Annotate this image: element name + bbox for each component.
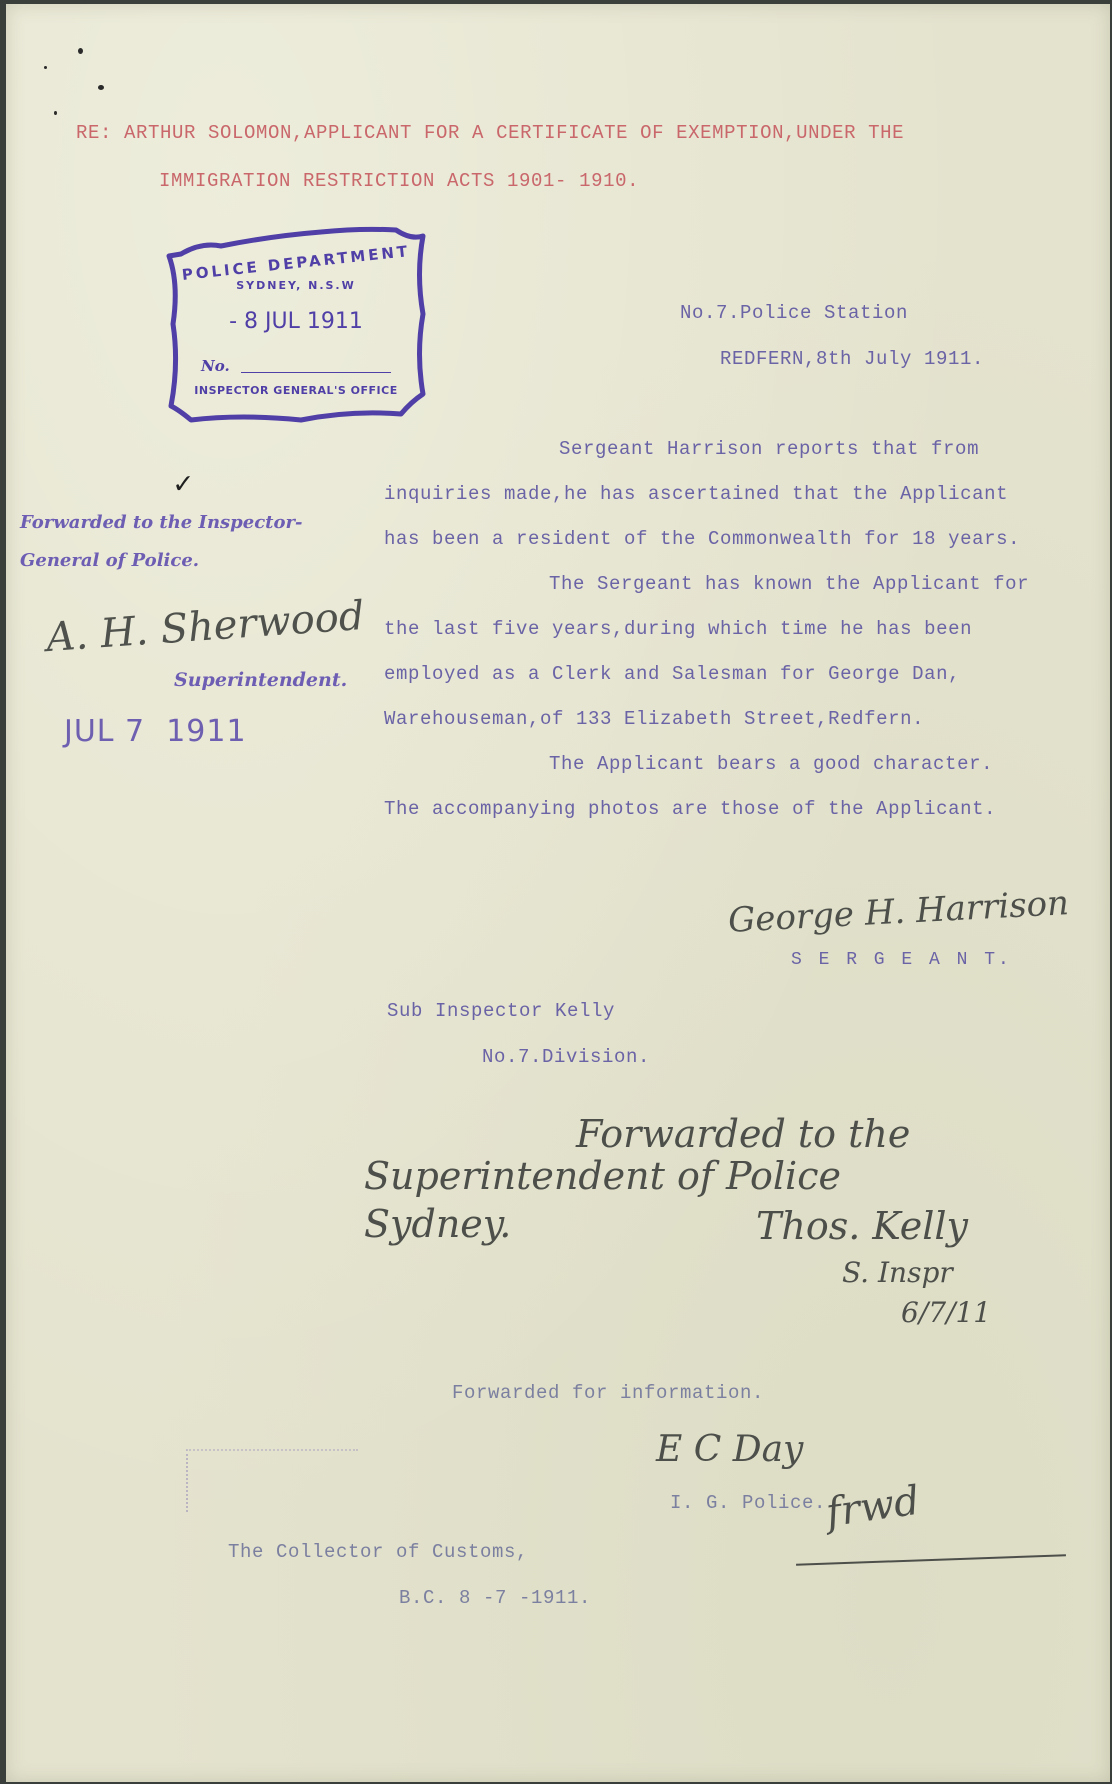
paper-speck	[98, 85, 104, 90]
report-line: Warehouseman,of 133 Elizabeth Street,Red…	[384, 708, 924, 730]
ig-forward-text: Forwarded for information.	[452, 1382, 764, 1404]
stamp-no-label: No.	[201, 357, 230, 375]
sergeant-signature: George H. Harrison	[727, 883, 1070, 941]
addressee-name: Sub Inspector Kelly	[387, 1000, 615, 1022]
kelly-note-line-2: Superintendent of Police	[364, 1154, 841, 1198]
superintendent-title: Superintendent.	[174, 669, 347, 691]
ig-title: I. G. Police.	[670, 1492, 826, 1514]
sergeant-title: S E R G E A N T.	[791, 950, 1012, 970]
kelly-signature: Thos. Kelly	[756, 1204, 968, 1248]
report-line: has been a resident of the Commonwealth …	[384, 528, 1020, 550]
customs-reference: B.C. 8 -7 -1911.	[399, 1587, 591, 1609]
stamp-date: - 8 JUL 1911	[161, 309, 431, 334]
ig-underline	[796, 1554, 1066, 1565]
kelly-note-line-1: Forwarded to the	[576, 1112, 910, 1156]
stamp-location: SYDNEY, N.S.W	[161, 279, 431, 292]
document-page: RE: ARTHUR SOLOMON,APPLICANT FOR A CERTI…	[6, 4, 1110, 1782]
paper-speck	[78, 48, 83, 54]
report-line: The Applicant bears a good character.	[549, 753, 993, 775]
check-mark-icon: ✓	[174, 466, 192, 503]
kelly-date: 6/7/11	[901, 1296, 991, 1329]
stamp-office: INSPECTOR GENERAL'S OFFICE	[161, 384, 431, 397]
station-place-date: REDFERN,8th July 1911.	[720, 348, 984, 370]
kelly-title: S. Inspr	[842, 1256, 953, 1289]
margin-forwarded-line-1: Forwarded to the Inspector-	[20, 512, 302, 533]
paper-speck	[44, 66, 47, 69]
margin-forwarded-line-2: General of Police.	[20, 550, 199, 571]
report-line: The Sergeant has known the Applicant for	[549, 573, 1029, 595]
subject-line-1: RE: ARTHUR SOLOMON,APPLICANT FOR A CERTI…	[76, 122, 904, 144]
report-line: inquiries made,he has ascertained that t…	[384, 483, 1008, 505]
superintendent-signature: A. H. Sherwood	[45, 593, 366, 661]
kelly-note-line-3: Sydney.	[364, 1202, 511, 1246]
station-name: No.7.Police Station	[680, 302, 908, 324]
ig-signature: E C Day	[656, 1429, 803, 1470]
report-line: the last five years,during which time he…	[384, 618, 972, 640]
addressee-division: No.7.Division.	[482, 1046, 650, 1068]
subject-line-2: IMMIGRATION RESTRICTION ACTS 1901- 1910.	[159, 170, 639, 192]
paper-speck	[54, 111, 57, 115]
faint-stamp	[186, 1449, 358, 1512]
margin-date-stamp: JUL 7 1911	[64, 714, 247, 749]
police-department-received-stamp: POLICE DEPARTMENT SYDNEY, N.S.W - 8 JUL …	[161, 224, 431, 429]
report-line: The accompanying photos are those of the…	[384, 798, 996, 820]
report-line: employed as a Clerk and Salesman for Geo…	[384, 663, 960, 685]
ig-initials: frwd	[823, 1478, 922, 1537]
report-line: Sergeant Harrison reports that from	[559, 438, 979, 460]
stamp-no-line	[241, 372, 391, 373]
customs-recipient: The Collector of Customs,	[228, 1541, 528, 1563]
